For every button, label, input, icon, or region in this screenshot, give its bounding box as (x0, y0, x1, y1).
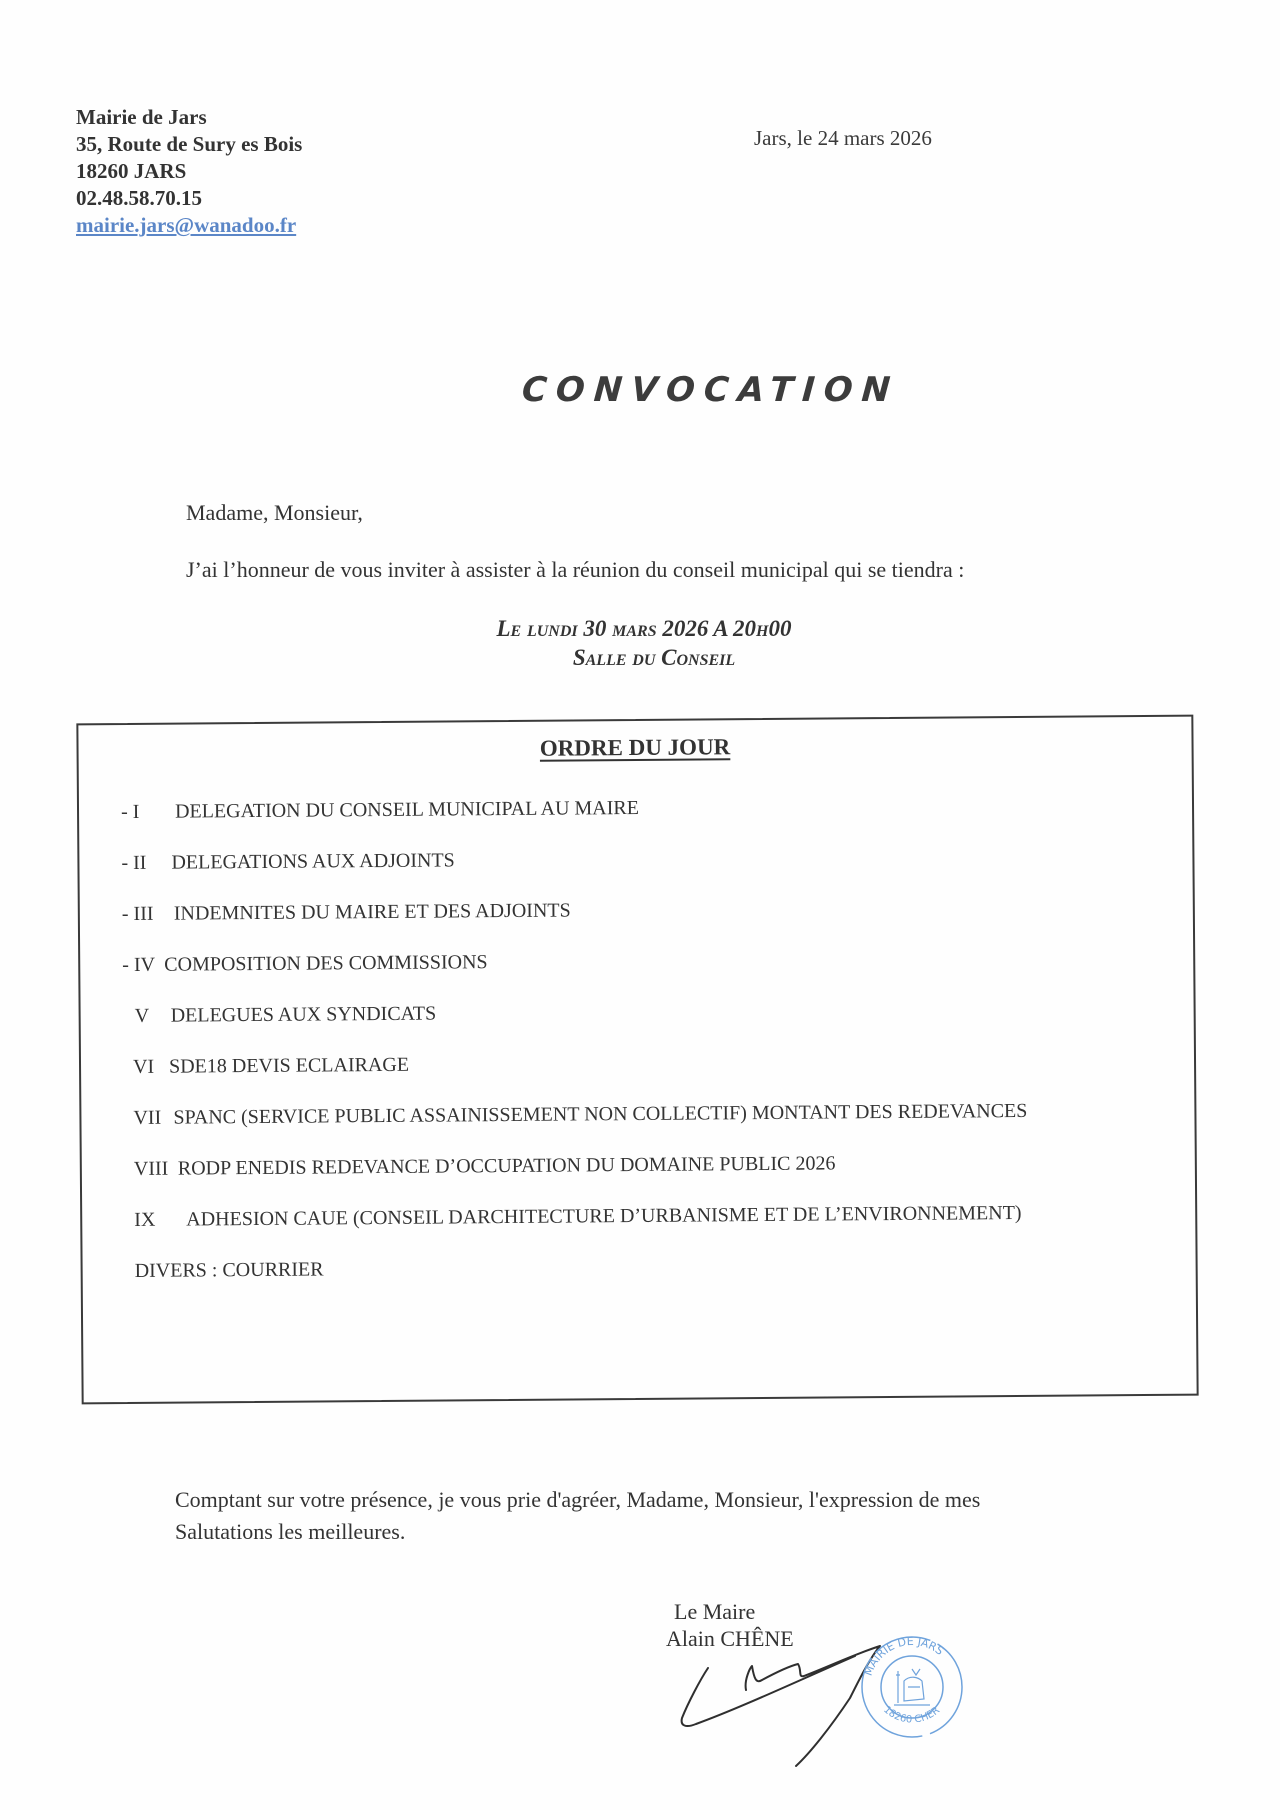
sender-city: 18260 JARS (76, 158, 302, 185)
meeting-datetime: Le lundi 30 mars 2026 A 20h00 (0, 614, 1280, 643)
agenda-item-text: ADHESION CAUE (CONSEIL DARCHITECTURE D’U… (186, 1202, 1022, 1260)
agenda-item-text: SPANC (SERVICE PUBLIC ASSAINISSEMENT NON… (173, 1100, 1027, 1158)
agenda-item: V DELEGUES AUX SYNDICATS (119, 998, 1027, 1056)
agenda-item-number: - IV (122, 954, 164, 1005)
agenda-item-text: DELEGATIONS AUX ADJOINTS (171, 849, 455, 902)
stamp-bottom-text: 18260 CHER (881, 1704, 942, 1725)
sender-email-link[interactable]: mairie.jars@wanadoo.fr (76, 212, 302, 239)
agenda-item: VIII RODP ENEDIS REDEVANCE D’OCCUPATION … (120, 1151, 1028, 1209)
agenda-item: - I DELEGATION DU CONSEIL MUNICIPAL AU M… (117, 794, 1025, 852)
agenda-item: - IV COMPOSITION DES COMMISSIONS (118, 947, 1026, 1005)
agenda-item-number: - II (121, 852, 171, 903)
meeting-location: Salle du Conseil (0, 643, 1280, 672)
closing-line-2: Salutations les meilleures. (175, 1516, 980, 1548)
official-stamp-icon: MAIRIE DE JARS 18260 CHER (852, 1625, 972, 1745)
closing-paragraph: Comptant sur votre présence, je vous pri… (175, 1484, 980, 1548)
agenda-item: VII SPANC (SERVICE PUBLIC ASSAINISSEMENT… (119, 1100, 1027, 1158)
agenda-list: - I DELEGATION DU CONSEIL MUNICIPAL AU M… (117, 794, 1029, 1311)
agenda-item-text: RODP ENEDIS REDEVANCE D’OCCUPATION DU DO… (178, 1152, 836, 1208)
agenda-item: DIVERS : COURRIER (121, 1253, 1029, 1311)
agenda-item: - III INDEMNITES DU MAIRE ET DES ADJOINT… (118, 896, 1026, 954)
agenda-item-number: - I (121, 801, 175, 852)
agenda-item-number: VI (133, 1056, 169, 1107)
document-title: CONVOCATION (521, 370, 901, 410)
agenda-box: ORDRE DU JOUR - I DELEGATION DU CONSEIL … (76, 715, 1198, 1405)
closing-line-1: Comptant sur votre présence, je vous pri… (175, 1484, 980, 1516)
svg-text:18260 CHER: 18260 CHER (881, 1704, 942, 1725)
agenda-item-text: DELEGUES AUX SYNDICATS (171, 1003, 437, 1056)
agenda-title-text: ORDRE DU JOUR (540, 734, 731, 760)
sender-block: Mairie de Jars 35, Route de Sury es Bois… (76, 104, 302, 239)
agenda-item-number: V (135, 1005, 171, 1056)
stamp-top-text: MAIRIE DE JARS (862, 1635, 946, 1678)
letter-date: Jars, le 24 mars 2026 (754, 126, 932, 151)
agenda-item: - II DELEGATIONS AUX ADJOINTS (117, 845, 1025, 903)
agenda-item-text: INDEMNITES DU MAIRE ET DES ADJOINTS (174, 900, 571, 954)
agenda-item: IX ADHESION CAUE (CONSEIL DARCHITECTURE … (120, 1202, 1028, 1260)
agenda-item-number: VIII (134, 1158, 178, 1209)
meeting-details: Le lundi 30 mars 2026 A 20h00 Salle du C… (0, 614, 1280, 672)
intro-paragraph: J’ai l’honneur de vous inviter à assiste… (186, 557, 964, 583)
salutation: Madame, Monsieur, (186, 500, 363, 526)
svg-text:MAIRIE DE JARS: MAIRIE DE JARS (862, 1635, 946, 1678)
agenda-item-number: IX (134, 1209, 186, 1260)
sender-name: Mairie de Jars (76, 104, 302, 131)
agenda-item-text: SDE18 DEVIS ECLAIRAGE (169, 1054, 409, 1107)
agenda-title: ORDRE DU JOUR (78, 731, 1191, 766)
agenda-item-number: - III (122, 903, 174, 954)
agenda-item-text: DELEGATION DU CONSEIL MUNICIPAL AU MAIRE (175, 797, 639, 852)
agenda-item: VI SDE18 DEVIS ECLAIRAGE (119, 1049, 1027, 1107)
letter-page: Mairie de Jars 35, Route de Sury es Bois… (0, 0, 1280, 1810)
sender-phone: 02.48.58.70.15 (76, 185, 302, 212)
agenda-item-text: COMPOSITION DES COMMISSIONS (164, 951, 488, 1005)
agenda-item-text: DIVERS : COURRIER (135, 1258, 324, 1310)
agenda-item-number: VII (133, 1107, 173, 1158)
sender-address: 35, Route de Sury es Bois (76, 131, 302, 158)
